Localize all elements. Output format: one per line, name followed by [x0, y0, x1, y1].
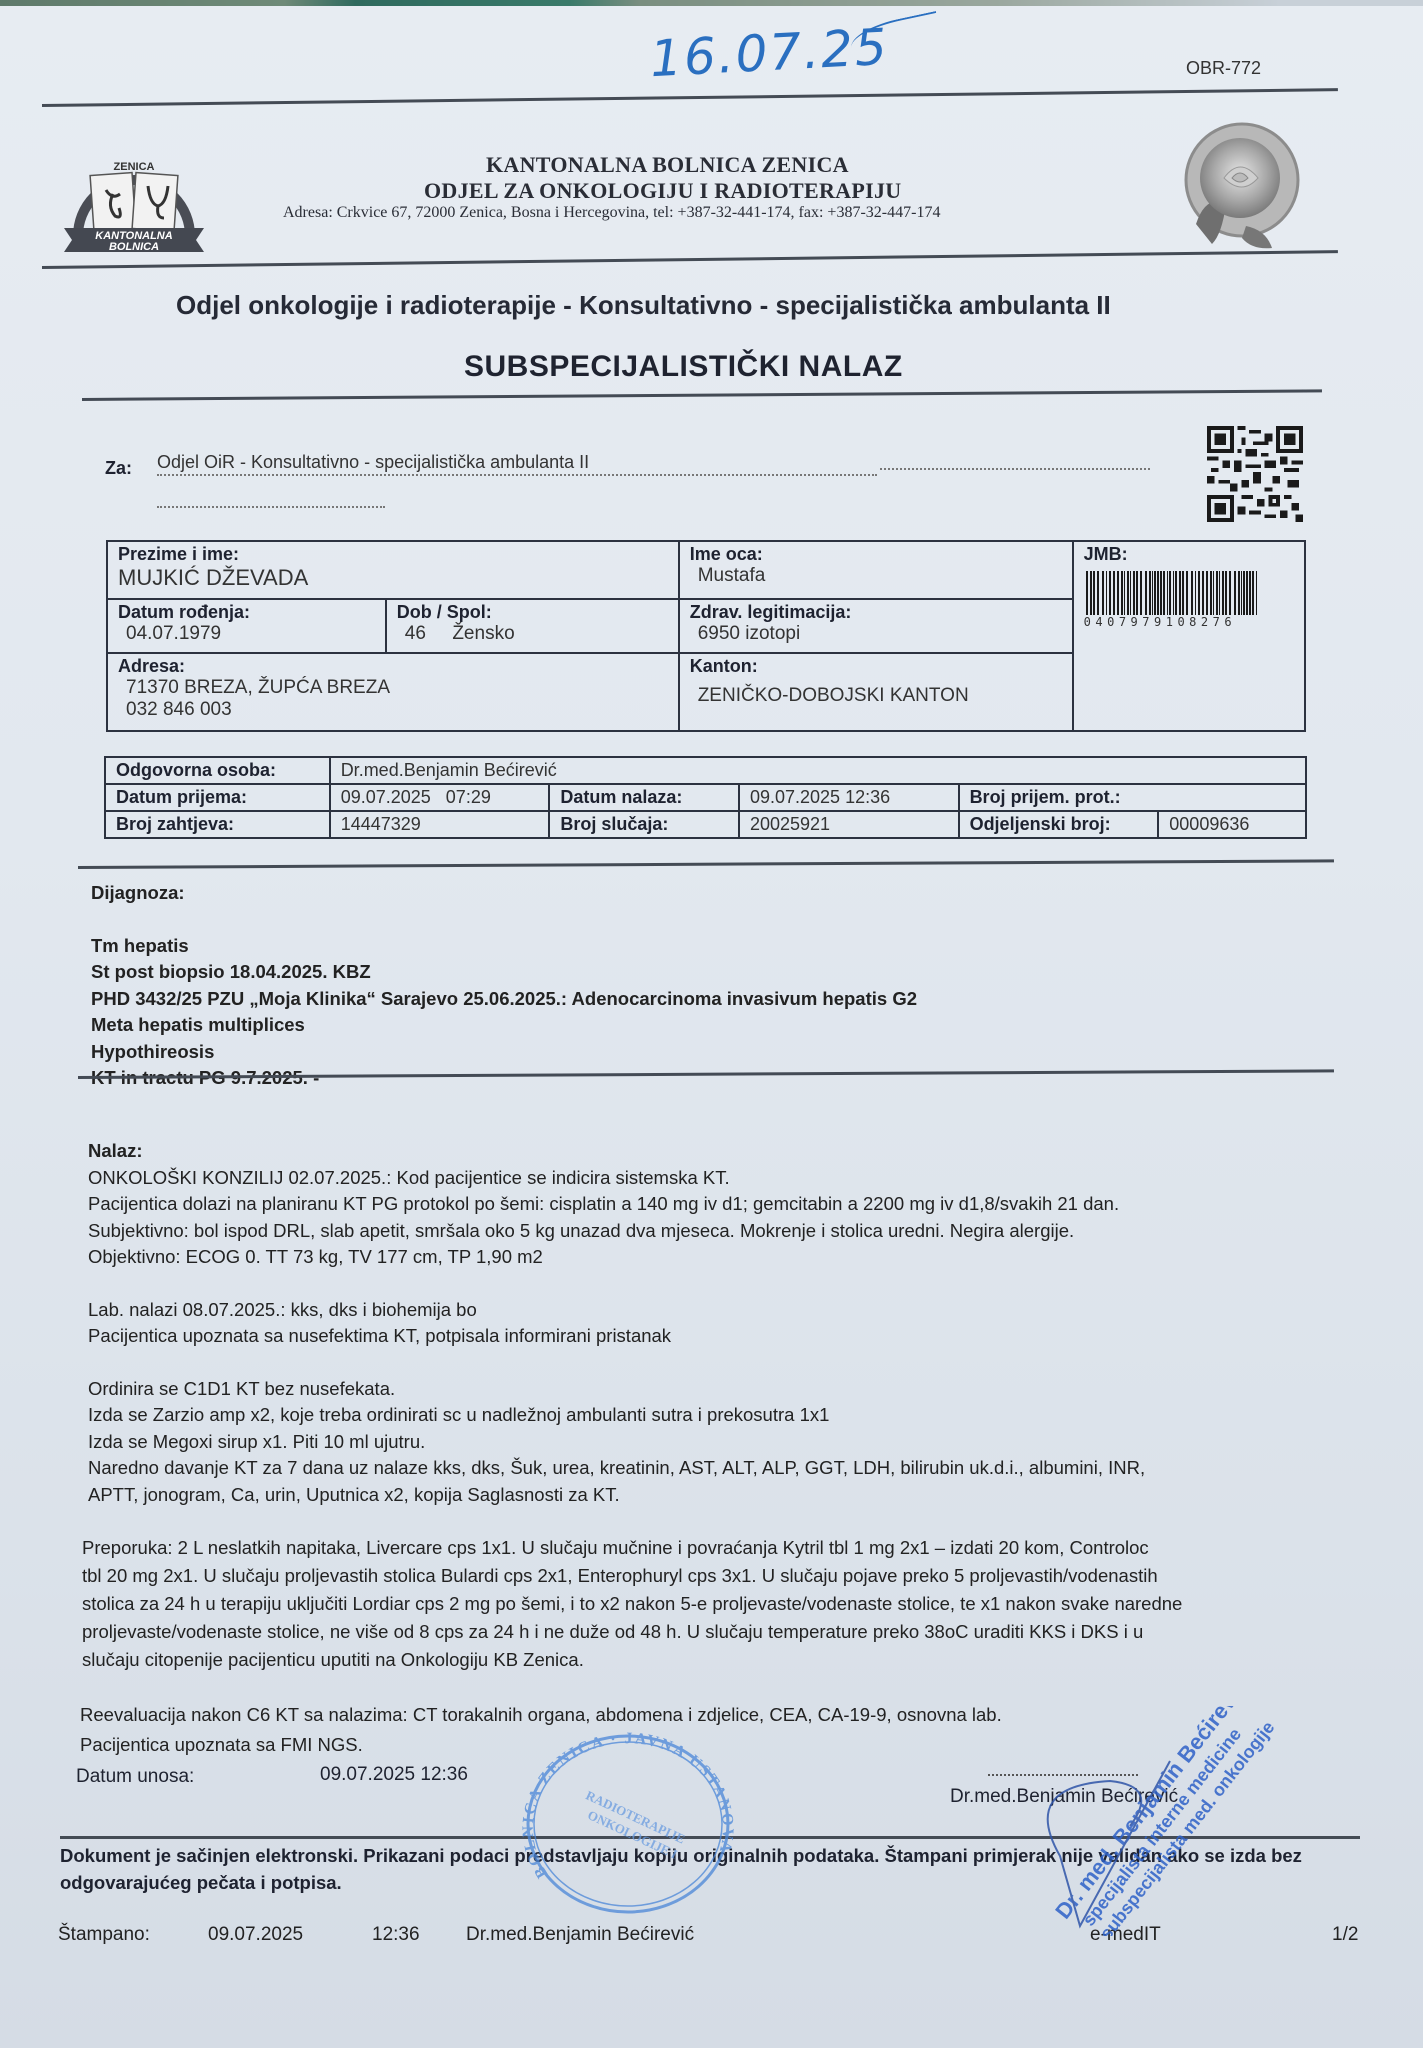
- admission-time-value: 07:29: [446, 787, 491, 807]
- findings-line: Naredno davanje KT za 7 dana uz nalaze k…: [88, 1455, 1378, 1482]
- printed-time: 12:36: [372, 1924, 420, 1946]
- jmb-number: 0407979108276: [1084, 615, 1294, 629]
- health-id-cell: Zdrav. legitimacija: 6950 izotopi: [679, 599, 1073, 653]
- patient-name-cell: Prezime i ime: MUJKIĆ DŽEVADA: [107, 541, 679, 599]
- admission-date-value: 09.07.2025 07:29: [330, 784, 550, 811]
- findings-line: Izda se Zarzio amp x2, koje treba ordini…: [88, 1402, 1378, 1429]
- age-sex-cell: Dob / Spol: 46 Žensko: [386, 599, 679, 653]
- svg-text:ZENICA: ZENICA: [114, 161, 155, 173]
- findings-line: Preporuka: 2 L neslatkih napitaka, Liver…: [82, 1534, 1378, 1562]
- diagnosis-lines: Tm hepatisSt post biopsio 18.04.2025. KB…: [91, 933, 917, 1092]
- findings-block-orders: Ordinira se C1D1 KT bez nusefekata.Izda …: [88, 1376, 1378, 1509]
- findings-section: Nalaz: ONKOLOŠKI KONZILIJ 02.07.2025.: K…: [88, 1138, 1378, 1760]
- hospital-address: Adresa: Crkvice 67, 72000 Zenica, Bosna …: [283, 204, 940, 222]
- hospital-name: KANTONALNA BOLNICA ZENICA: [486, 152, 849, 178]
- father-name: Mustafa: [690, 565, 1062, 587]
- doctor-stamp-icon: Dr. med. Benjamin Bećirević specijalista…: [1000, 1706, 1300, 1936]
- hospital-emblem-icon: ZENICA KANTONALNA BOLNICA: [60, 140, 208, 264]
- diagnosis-line: Tm hepatis: [91, 933, 917, 960]
- printed-date: 09.07.2025: [208, 1924, 303, 1946]
- za-value: Odjel OiR - Konsultativno - specijalisti…: [157, 452, 589, 473]
- department-title: Odjel onkologije i radioterapije - Konsu…: [176, 290, 1111, 321]
- dob-label: Datum rođenja:: [118, 602, 375, 623]
- findings-line: Pacijentica dolazi na planiranu KT PG pr…: [88, 1191, 1378, 1218]
- hospital-stamp-icon: BOLNICA ZENICA · JAVNA USTANOVA RADIOTER…: [508, 1724, 738, 1914]
- qr-code-icon: [1206, 426, 1304, 522]
- health-id-label: Zdrav. legitimacija:: [690, 602, 1062, 623]
- age-sex-label: Dob / Spol:: [397, 602, 668, 623]
- diagnosis-line: Meta hepatis multiplices: [91, 1012, 917, 1039]
- address-label: Adresa:: [118, 656, 668, 677]
- patient-name: MUJKIĆ DŽEVADA: [118, 565, 668, 591]
- admission-protocol-label: Broj prijem. prot.:: [959, 784, 1306, 811]
- findings-line: APTT, jonogram, Ca, urin, Uputnica x2, k…: [88, 1482, 1378, 1509]
- form-code: OBR-772: [1186, 58, 1261, 79]
- header-top-rule: [42, 88, 1338, 107]
- title-rule: [82, 389, 1322, 401]
- header-bottom-rule: [42, 250, 1338, 269]
- entry-date-label: Datum unosa:: [76, 1766, 194, 1788]
- findings-line: tbl 20 mg 2x1. U slučaju proljevastih st…: [82, 1562, 1378, 1590]
- za-dotted-line-3: [157, 506, 385, 508]
- rose-emblem-icon: [1176, 114, 1306, 254]
- diagnosis-line: Hypothireosis: [91, 1039, 917, 1066]
- findings-line: Subjektivno: bol ispod DRL, slab apetit,…: [88, 1218, 1378, 1245]
- address-line2: 032 846 003: [118, 699, 668, 721]
- jmb-label: JMB:: [1084, 544, 1294, 565]
- entry-date-value: 09.07.2025 12:36: [320, 1764, 468, 1786]
- dob-value: 04.07.1979: [118, 623, 375, 645]
- findings-line: ONKOLOŠKI KONZILIJ 02.07.2025.: Kod paci…: [88, 1165, 1378, 1192]
- father-name-label: Ime oca:: [690, 544, 1062, 565]
- za-dotted-line-2: [880, 468, 1150, 470]
- diagnosis-line: PHD 3432/25 PZU „Moja Klinika“ Sarajevo …: [91, 986, 917, 1013]
- father-name-cell: Ime oca: Mustafa: [679, 541, 1073, 599]
- dept-no-value: 00009636: [1158, 811, 1306, 838]
- findings-line: proljevaste/vodenaste stolice, ne više o…: [82, 1618, 1378, 1646]
- dob-cell: Datum rođenja: 04.07.1979: [107, 599, 386, 653]
- patient-name-label: Prezime i ime:: [118, 544, 668, 565]
- canton-cell: Kanton: ZENIČKO-DOBOJSKI KANTON: [679, 653, 1073, 731]
- sex-value: Žensko: [452, 623, 514, 644]
- findings-block-recommendation: Preporuka: 2 L neslatkih napitaka, Liver…: [82, 1534, 1378, 1674]
- responsible-value: Dr.med.Benjamin Bećirević: [330, 757, 1306, 784]
- findings-line: Lab. nalazi 08.07.2025.: kks, dks i bioh…: [88, 1297, 1378, 1324]
- findings-block-lab: Lab. nalazi 08.07.2025.: kks, dks i bioh…: [88, 1297, 1378, 1350]
- age-value: 46: [405, 623, 426, 644]
- canton-label: Kanton:: [690, 656, 1062, 677]
- page-number: 1/2: [1332, 1924, 1358, 1946]
- case-no-label: Broj slučaja:: [549, 811, 739, 838]
- jmb-barcode-icon: [1084, 571, 1260, 615]
- request-no-label: Broj zahtjeva:: [105, 811, 330, 838]
- diagnosis-top-rule: [78, 859, 1334, 869]
- health-id-value: 6950 izotopi: [690, 623, 1062, 645]
- printed-label: Štampano:: [58, 1924, 150, 1946]
- jmb-cell: JMB: 0407979108276: [1073, 541, 1305, 731]
- findings-line: stolica za 24 h u terapiju uključiti Lor…: [82, 1590, 1378, 1618]
- printed-by: Dr.med.Benjamin Bećirević: [466, 1924, 694, 1946]
- patient-info-table: Prezime i ime: MUJKIĆ DŽEVADA Ime oca: M…: [106, 540, 1306, 732]
- dept-no-label: Odjeljenski broj:: [959, 811, 1159, 838]
- finding-date-label: Datum nalaza:: [549, 784, 739, 811]
- findings-line: Pacijentica upoznata sa nusefektima KT, …: [88, 1323, 1378, 1350]
- svg-text:BOLNICA: BOLNICA: [109, 241, 159, 253]
- findings-line: Objektivno: ECOG 0. TT 73 kg, TV 177 cm,…: [88, 1244, 1378, 1271]
- findings-line: Izda se Megoxi sirup x1. Piti 10 ml ujut…: [88, 1429, 1378, 1456]
- canton-value: ZENIČKO-DOBOJSKI KANTON: [690, 685, 1062, 707]
- findings-block-consilium: ONKOLOŠKI KONZILIJ 02.07.2025.: Kod paci…: [88, 1165, 1378, 1271]
- finding-date-value: 09.07.2025 12:36: [739, 784, 959, 811]
- findings-line: slučaju citopenije pacijenticu uputiti n…: [82, 1646, 1378, 1674]
- case-no-value: 20025921: [739, 811, 959, 838]
- request-no-value: 14447329: [330, 811, 550, 838]
- diagnosis-heading: Dijagnoza:: [91, 880, 917, 907]
- diagnosis-section: Dijagnoza: Tm hepatisSt post biopsio 18.…: [91, 880, 917, 1092]
- admission-date-label: Datum prijema:: [105, 784, 330, 811]
- findings-heading: Nalaz:: [88, 1138, 1378, 1165]
- za-dotted-line: [157, 474, 877, 476]
- address-cell: Adresa: 71370 BREZA, ŽUPĆA BREZA 032 846…: [107, 653, 679, 731]
- document-page: 16.07.25 OBR-772 ZENICA KANTONALNA BOLNI…: [0, 6, 1423, 2048]
- diagnosis-line: St post biopsio 18.04.2025. KBZ: [91, 959, 917, 986]
- responsible-label: Odgovorna osoba:: [105, 757, 330, 784]
- findings-line: Ordinira se C1D1 KT bez nusefekata.: [88, 1376, 1378, 1403]
- za-label: Za:: [105, 458, 132, 479]
- address-line1: 71370 BREZA, ŽUPĆA BREZA: [118, 677, 668, 699]
- document-title: SUBSPECIJALISTIČKI NALAZ: [464, 350, 903, 384]
- svg-text:specijalista interne medicine: specijalista interne medicine: [1078, 1724, 1245, 1929]
- admission-info-table: Odgovorna osoba: Dr.med.Benjamin Bećirev…: [104, 756, 1307, 839]
- hospital-department: ODJEL ZA ONKOLOGIJU I RADIOTERAPIJU: [424, 178, 901, 204]
